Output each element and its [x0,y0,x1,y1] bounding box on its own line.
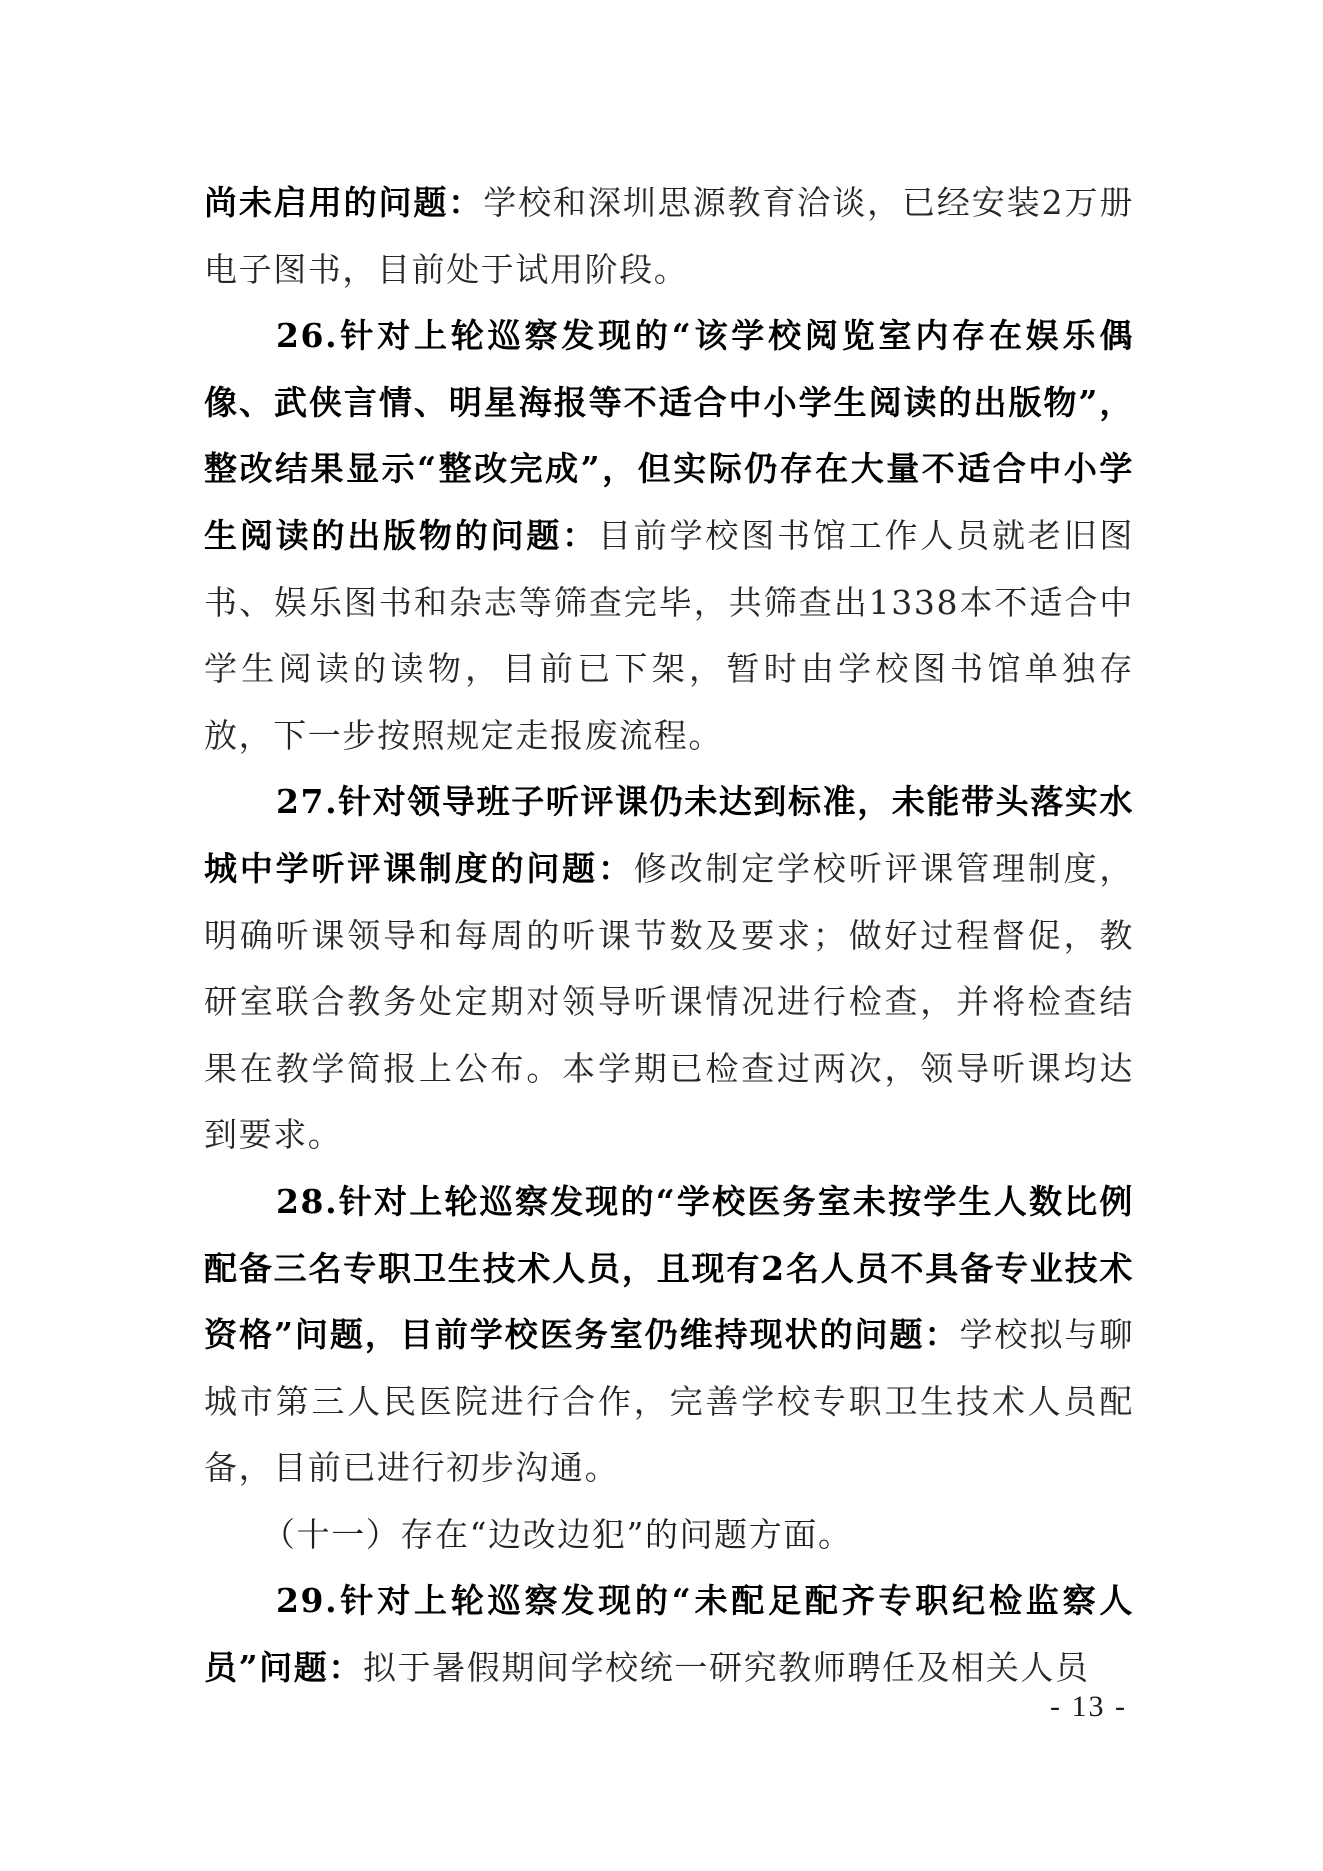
rectification-measure: 拟于暑假期间学校统一研究教师聘任及相关人员 [363,1648,1090,1687]
page-number: - 13 - [1050,1690,1127,1724]
paragraph-25-continued: 尚未启用的问题：学校和深圳思源教育洽谈，已经安装2万册电子图书，目前处于试用阶段… [204,170,1134,303]
issue-title: 尚未启用的问题： [204,183,483,222]
paragraph-26: 26.针对上轮巡察发现的“该学校阅览室内存在娱乐偶像、武侠言情、明星海报等不适合… [204,303,1134,769]
paragraph-27: 27.针对领导班子听评课仍未达到标准，未能带头落实水城中学听评课制度的问题：修改… [204,769,1134,1169]
paragraph-29: 29.针对上轮巡察发现的“未配足配齐专职纪检监察人员”问题：拟于暑假期间学校统一… [204,1568,1134,1701]
paragraph-28: 28.针对上轮巡察发现的“学校医务室未按学生人数比例配备三名专职卫生技术人员，且… [204,1169,1134,1502]
section-heading-11: （十一）存在“边改边犯”的问题方面。 [204,1502,1134,1569]
rectification-measure: 修改制定学校听评课管理制度，明确听课领导和每周的听课节数及要求；做好过程督促，教… [204,849,1134,1154]
document-page: 尚未启用的问题：学校和深圳思源教育洽谈，已经安装2万册电子图书，目前处于试用阶段… [204,170,1134,1702]
